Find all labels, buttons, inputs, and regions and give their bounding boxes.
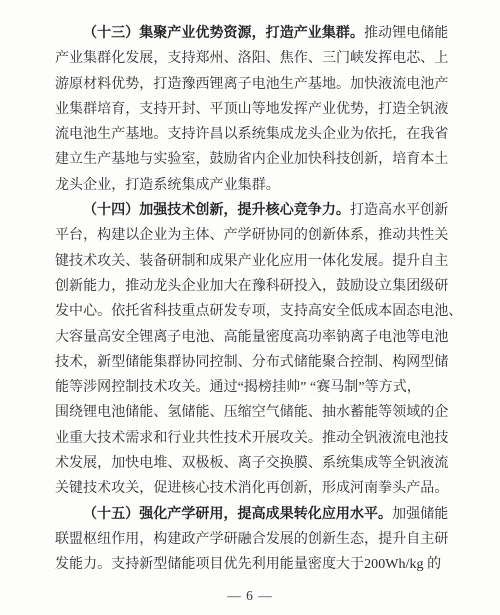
text-line: 游原材料优势，打造豫西锂离子电池生产基地。加快液流电池产 (55, 72, 451, 97)
text-line: 业重大技术需求和行业共性技术开展攻关。推动全钒液流电池技 (55, 426, 451, 451)
text-line: 产业集群化发展，支持郑州、洛阳、焦作、三门峡发挥电芯、上 (55, 46, 451, 71)
text-line: 联盟枢纽作用，构建政产学研融合发展的创新生态，提升自主研 (55, 527, 451, 552)
text-line: 建立生产基地与实验室，鼓励省内企业加快科技创新，培育本土 (55, 147, 451, 172)
paragraph-14: （十四）加强技术创新，提升核心竞争力。打造高水平创新 平台，构建以企业为主体、产… (55, 198, 451, 502)
text-line: （十四）加强技术创新，提升核心竞争力。打造高水平创新 (55, 198, 451, 223)
paragraph-15-lead: （十五）强化产学研用，提高成果转化应用水平。 (83, 507, 392, 522)
text-line: 发能力。支持新型储能项目优先利用能量密度大于200Wh/kg 的 (55, 552, 451, 577)
text-line: 键技术攻关、装备研制和成果产业化应用一体化发展。提升自主 (55, 249, 451, 274)
text-line: 龙头企业，打造系统集成产业集群。 (55, 173, 451, 198)
paragraph-15-first-tail: 加强储能 (392, 507, 448, 522)
text-line: （十三）集聚产业优势资源，打造产业集群。推动锂电储能 (55, 21, 451, 46)
text-line: 技术，新型储能集群协同控制、分布式储能聚合控制、构网型储 (55, 350, 451, 375)
paragraph-13-first-tail: 推动锂电储能 (364, 26, 448, 41)
text-line: 大容量高安全锂离子电池、高能量密度高功率钠离子电池等电池 (55, 325, 451, 350)
text-line: 创新能力，推动龙头企业加大在豫科研投入，鼓励设立集团级研 (55, 274, 451, 299)
text-line: 平台，构建以企业为主体、产学研协同的创新体系，推动共性关 (55, 223, 451, 248)
paragraph-13: （十三）集聚产业优势资源，打造产业集群。推动锂电储能 产业集群化发展，支持郑州、… (55, 21, 451, 198)
paragraph-15: （十五）强化产学研用，提高成果转化应用水平。加强储能 联盟枢纽作用，构建政产学研… (55, 502, 451, 578)
text-line: 术发展，加快电堆、双极板、离子交换膜、系统集成等全钒液流 (55, 451, 451, 476)
text-line: 发中心。依托省科技重点研发专项，支持高安全低成本固态电池、 (55, 299, 451, 324)
paragraph-14-first-tail: 打造高水平创新 (350, 203, 448, 218)
text-line: 业集群培育，支持开封、平顶山等地发挥产业优势，打造全钒液 (55, 97, 451, 122)
text-line: 围绕锂电池储能、氢储能、压缩空气储能、抽水蓄能等领域的企 (55, 400, 451, 425)
paragraph-13-lead: （十三）集聚产业优势资源，打造产业集群。 (83, 26, 364, 41)
document-body: （十三）集聚产业优势资源，打造产业集群。推动锂电储能 产业集群化发展，支持郑州、… (55, 21, 451, 578)
text-line: 能等涉网控制技术攻关。通过“揭榜挂帅” “赛马制”等方式， (55, 375, 451, 400)
document-page: （十三）集聚产业优势资源，打造产业集群。推动锂电储能 产业集群化发展，支持郑州、… (0, 0, 500, 615)
text-line: 流电池生产基地。支持许昌以系统集成龙头企业为依托，在我省 (55, 122, 451, 147)
text-line: （十五）强化产学研用，提高成果转化应用水平。加强储能 (55, 502, 451, 527)
text-line: 关键技术攻关，促进核心技术消化再创新，形成河南拳头产品。 (55, 476, 451, 501)
page-number: — 6 — (0, 588, 500, 604)
paragraph-14-lead: （十四）加强技术创新，提升核心竞争力。 (83, 203, 350, 218)
